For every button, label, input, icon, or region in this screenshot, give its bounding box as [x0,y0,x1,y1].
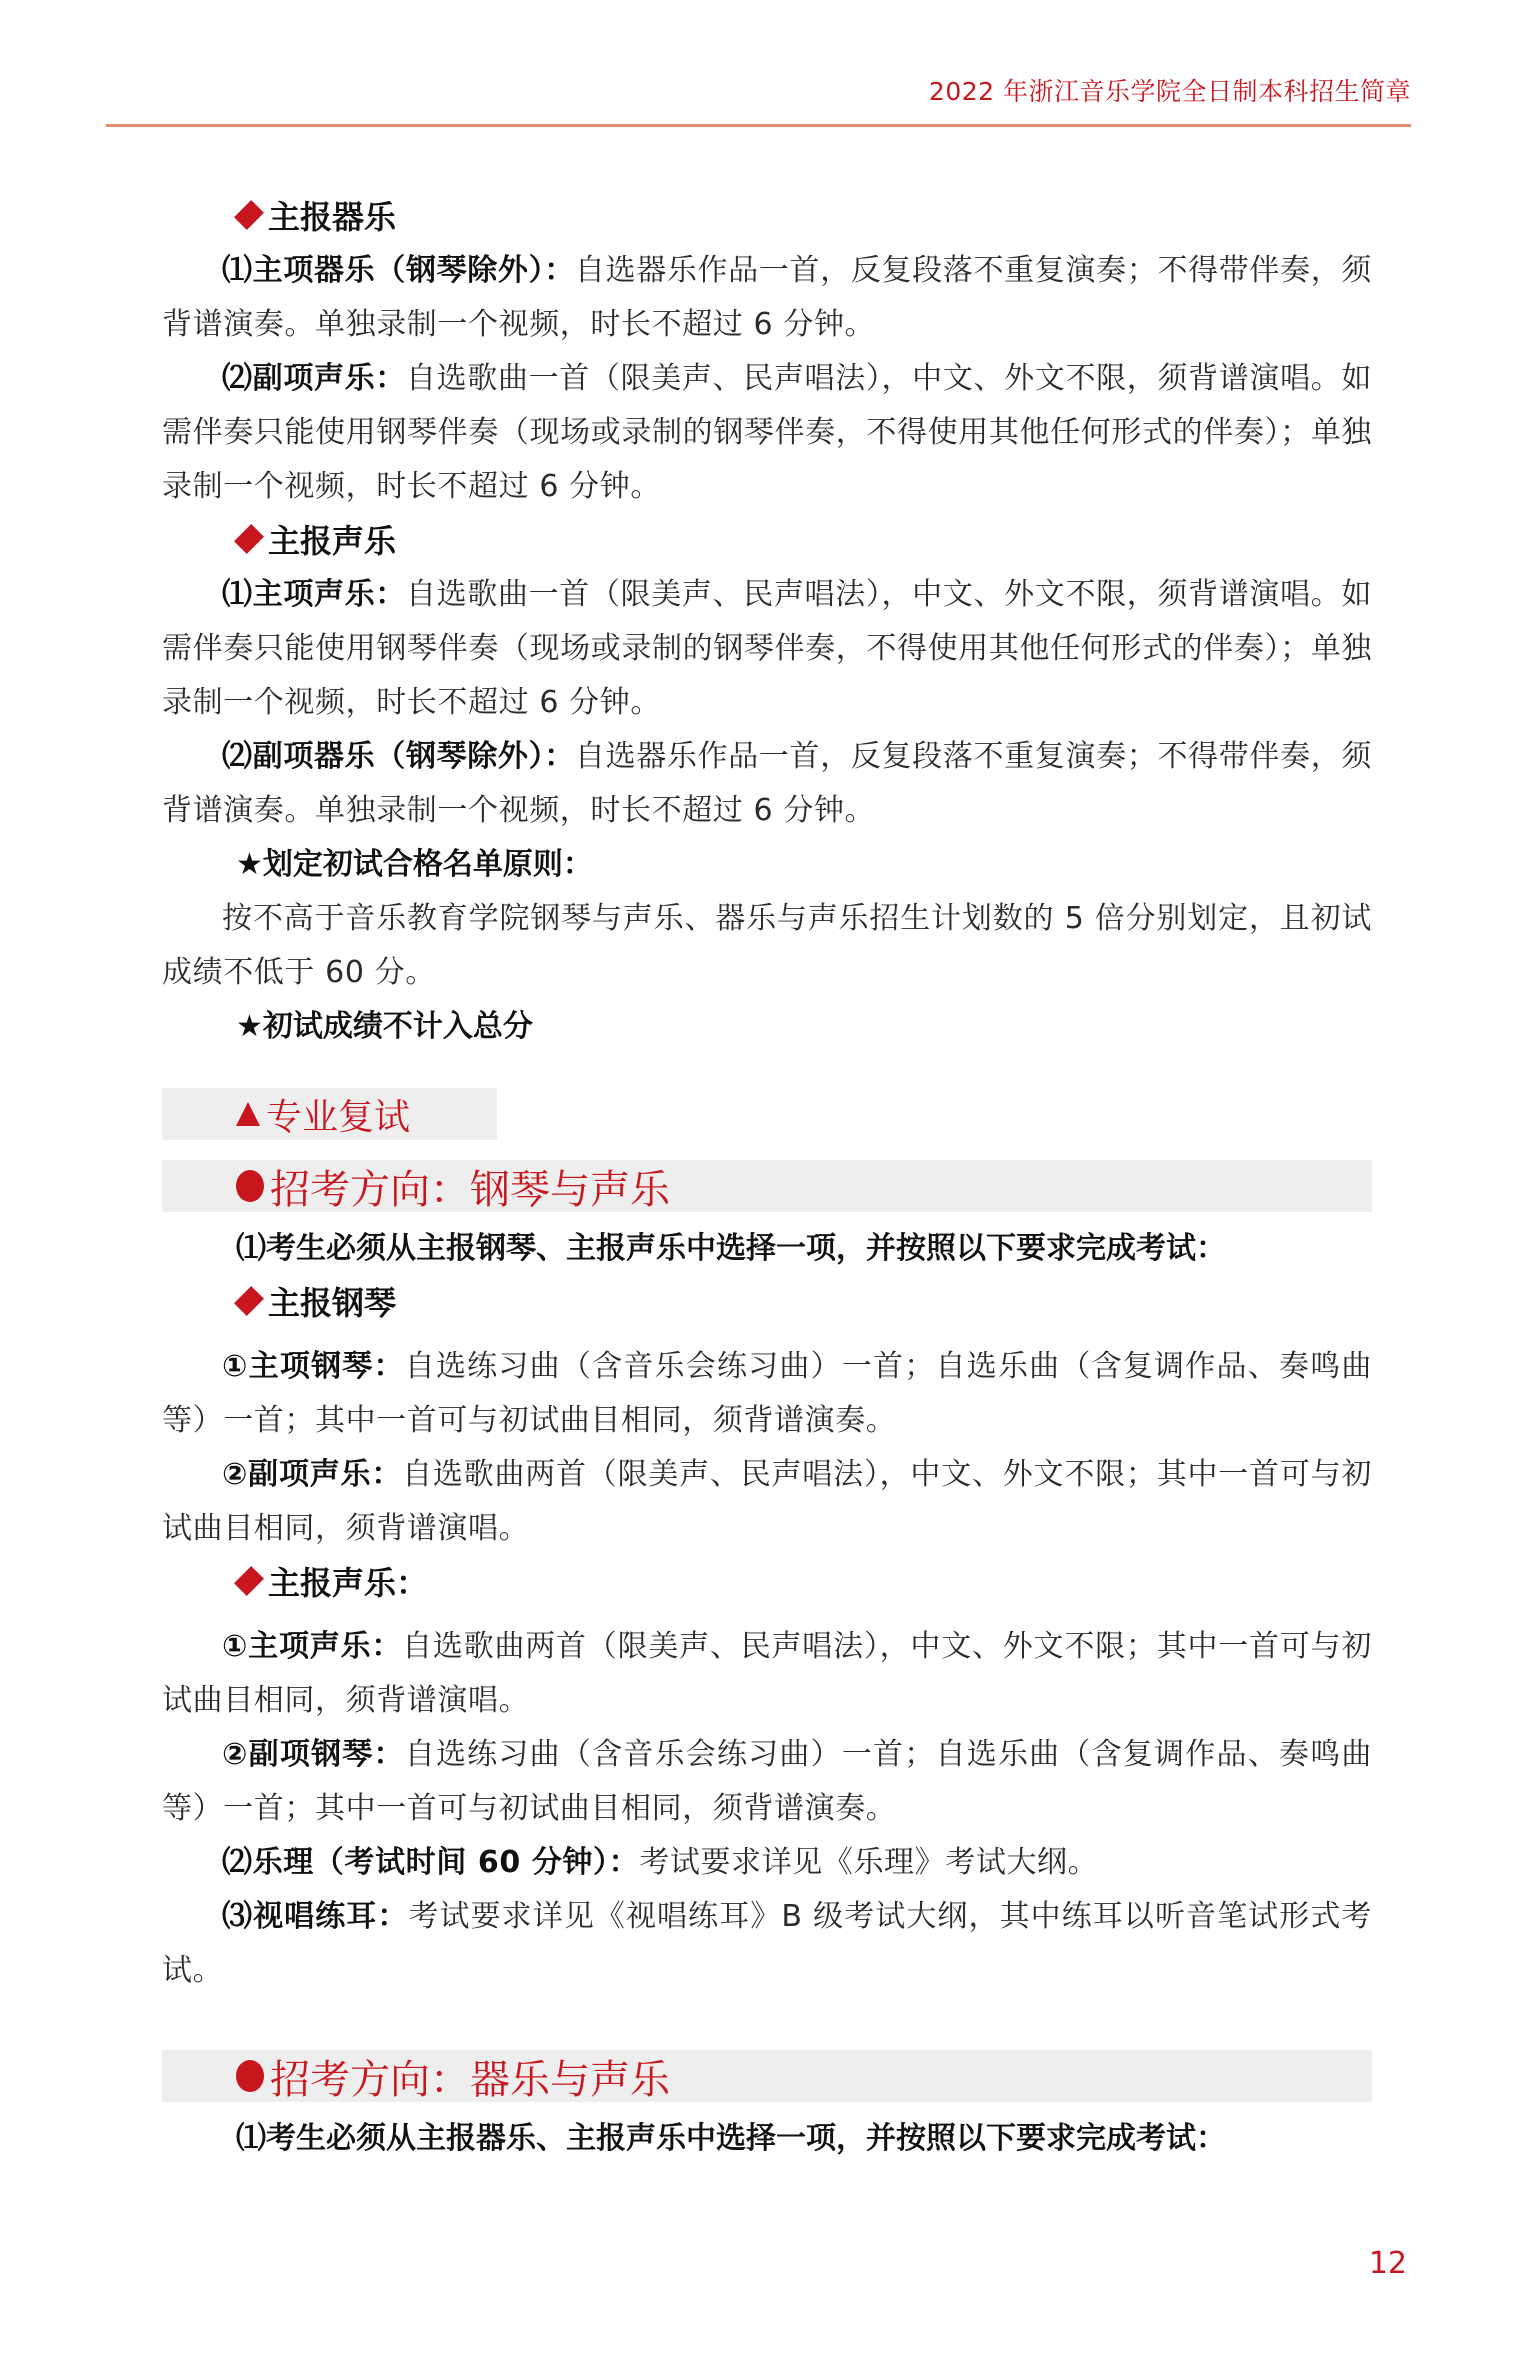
diamond-bullet-icon [234,1286,264,1316]
subheading-vocal-main: 主报声乐 [162,514,1372,568]
direction-heading-instrument-vocal: 招考方向：器乐与声乐 [162,2050,1372,2102]
direction-intro-instrument-vocal: ⑴考生必须从主报器乐、主报声乐中选择一项，并按照以下要求完成考试： [162,2112,1372,2166]
direction-intro-piano-vocal: ⑴考生必须从主报钢琴、主报声乐中选择一项，并按照以下要求完成考试： [162,1222,1372,1276]
paragraph-instrument-main-item-2: ⑵副项声乐：自选歌曲一首（限美声、民声唱法），中文、外文不限，须背谱演唱。如需伴… [162,352,1372,514]
subheading-instrument-main: 主报器乐 [162,190,1372,244]
qualify-rule-label: ★划定初试合格名单原则： [162,838,1372,892]
paragraph-vocal-main-item-1: ⑴主项声乐：自选歌曲一首（限美声、民声唱法），中文、外文不限，须背谱演唱。如需伴… [162,568,1372,730]
diamond-bullet-icon [234,200,264,230]
paragraph-solfege: ⑶视唱练耳：考试要求详见《视唱练耳》B 级考试大纲，其中练耳以听音笔试形式考试。 [162,1890,1372,1998]
direction-heading-piano-vocal: 招考方向：钢琴与声乐 [162,1160,1372,1212]
subheading-vocal-main-retest: 主报声乐： [162,1556,1372,1610]
paragraph-vocal-main-retest-item-1: ①主项声乐：自选歌曲两首（限美声、民声唱法），中文、外文不限；其中一首可与初试曲… [162,1620,1372,1728]
circle-bullet-icon [236,1170,264,1202]
paragraph-piano-main-item-1: ①主项钢琴：自选练习曲（含音乐会练习曲）一首；自选乐曲（含复调作品、奏鸣曲等）一… [162,1340,1372,1448]
diamond-bullet-icon [234,1566,264,1596]
diamond-bullet-icon [234,524,264,554]
page-content: 主报器乐 ⑴主项器乐（钢琴除外）：自选器乐作品一首，反复段落不重复演奏；不得带伴… [162,190,1372,2166]
page-number: 12 [1369,2246,1407,2281]
qualify-rule-text: 按不高于音乐教育学院钢琴与声乐、器乐与声乐招生计划数的 5 倍分别划定，且初试成… [162,892,1372,1000]
score-note: ★初试成绩不计入总分 [162,1000,1372,1054]
paragraph-piano-main-item-2: ②副项声乐：自选歌曲两首（限美声、民声唱法），中文、外文不限；其中一首可与初试曲… [162,1448,1372,1556]
document-header-title: 2022 年浙江音乐学院全日制本科招生简章 [929,72,1411,108]
paragraph-theory: ⑵乐理（考试时间 60 分钟）：考试要求详见《乐理》考试大纲。 [162,1836,1372,1890]
paragraph-vocal-main-retest-item-2: ②副项钢琴：自选练习曲（含音乐会练习曲）一首；自选乐曲（含复调作品、奏鸣曲等）一… [162,1728,1372,1836]
paragraph-vocal-main-item-2: ⑵副项器乐（钢琴除外）：自选器乐作品一首，反复段落不重复演奏；不得带伴奏，须背谱… [162,730,1372,838]
section-heading-retest: 专业复试 [162,1088,497,1140]
subheading-piano-main: 主报钢琴 [162,1276,1372,1330]
triangle-bullet-icon [236,1102,260,1126]
paragraph-instrument-main-item-1: ⑴主项器乐（钢琴除外）：自选器乐作品一首，反复段落不重复演奏；不得带伴奏，须背谱… [162,244,1372,352]
circle-bullet-icon [236,2060,264,2092]
header-divider [106,124,1411,127]
